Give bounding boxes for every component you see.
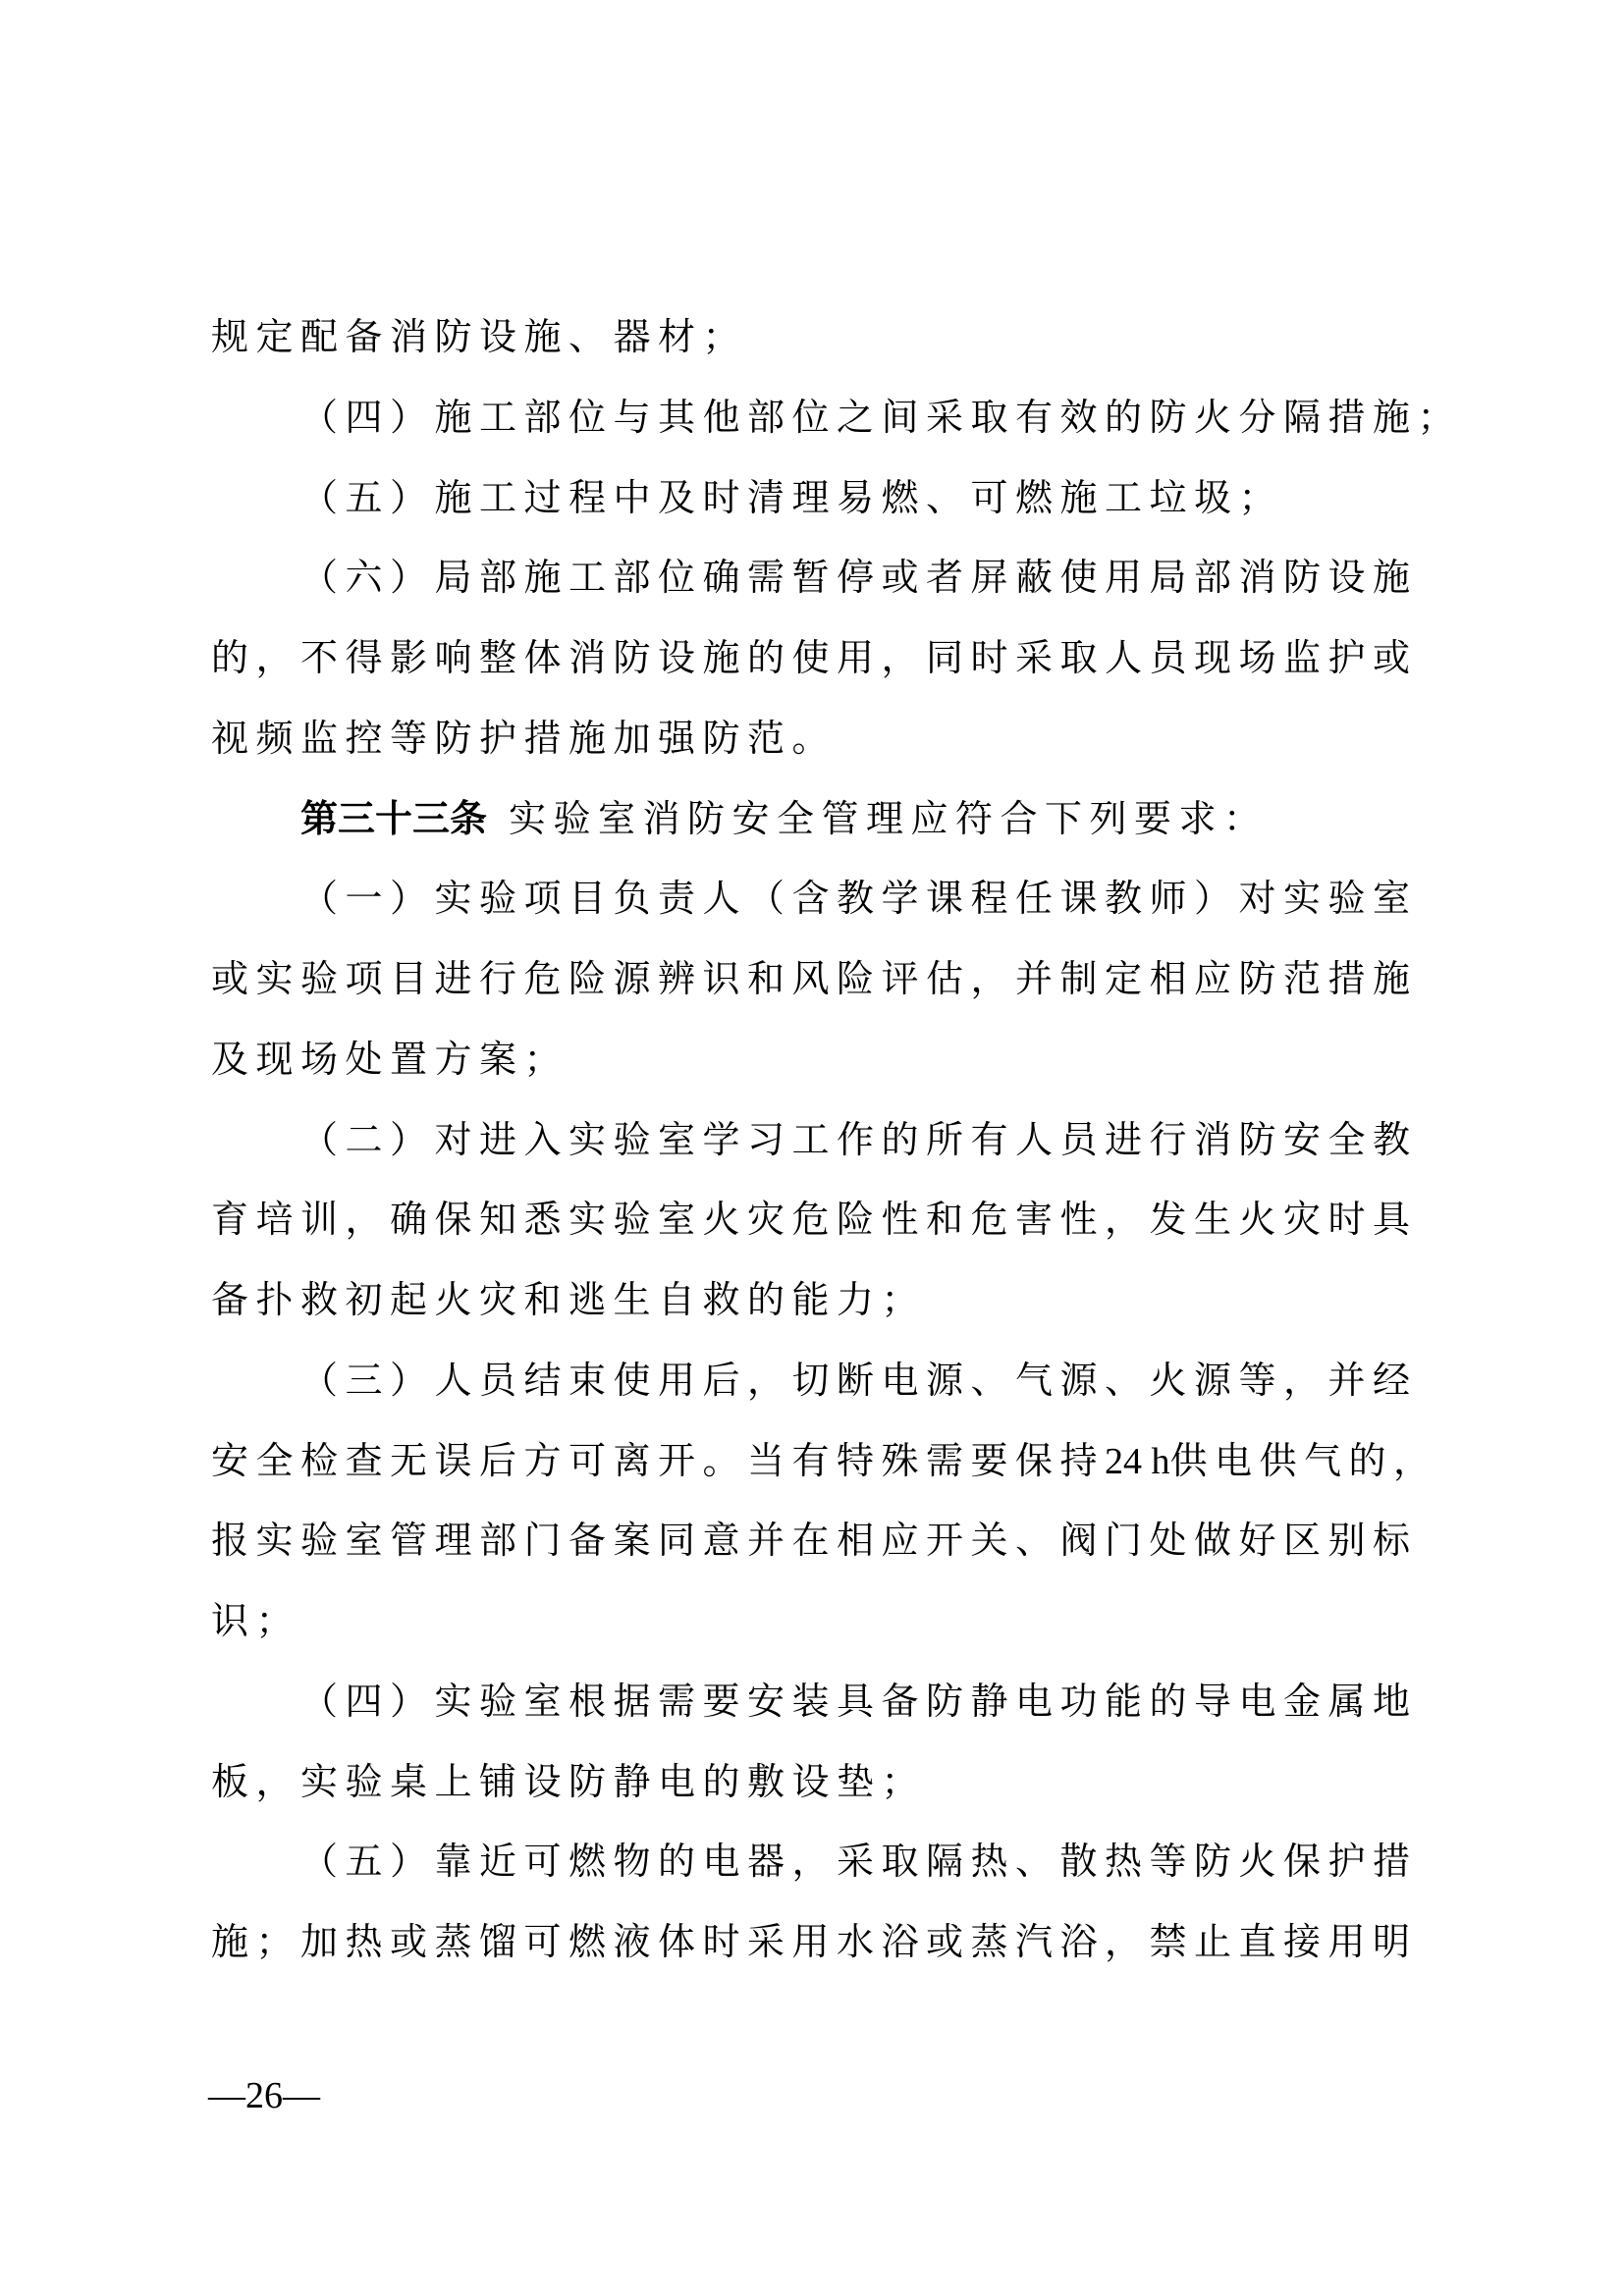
list-item-4b: （四）实验室根据需要安装具备防静电功能的导电金属地	[211, 1662, 1429, 1742]
text-line: 施；加热或蒸馏可燃液体时采用水浴或蒸汽浴，禁止直接用明	[211, 1902, 1429, 1983]
list-item-2: （二）对进入实验室学习工作的所有人员进行消防安全教	[211, 1100, 1429, 1181]
text-line: 的，不得影响整体消防设施的使用，同时采取人员现场监护或	[211, 618, 1429, 699]
article-intro: 实验室消防安全管理应符合下列要求：	[509, 797, 1269, 840]
list-item-3: （三）人员结束使用后，切断电源、气源、火源等，并经	[211, 1341, 1429, 1421]
text-line: 育培训，确保知悉实验室火灾危险性和危害性，发生火灾时具	[211, 1180, 1429, 1260]
hours-value: 24 h	[1105, 1441, 1170, 1482]
document-body: 规定配备消防设施、器材； （四）施工部位与其他部位之间采取有效的防火分隔措施； …	[211, 297, 1429, 1983]
text-line: 识；	[211, 1581, 1429, 1662]
text-segment: 安全检查无误后方可离开。当有特殊需要保持	[211, 1439, 1105, 1482]
document-page: 规定配备消防设施、器材； （四）施工部位与其他部位之间采取有效的防火分隔措施； …	[0, 0, 1624, 2296]
list-item-5b: （五）靠近可燃物的电器，采取隔热、散热等防火保护措	[211, 1822, 1429, 1902]
page-number: —26—	[208, 2073, 320, 2118]
article-heading: 第三十三条	[300, 797, 487, 840]
text-line: 及现场处置方案；	[211, 1020, 1429, 1100]
list-item-1: （一）实验项目负责人（含教学课程任课教师）对实验室	[211, 859, 1429, 939]
text-segment: 供电供气的，	[1170, 1439, 1438, 1482]
text-line: 板，实验桌上铺设防静电的敷设垫；	[211, 1742, 1429, 1823]
list-item-4: （四）施工部位与其他部位之间采取有效的防火分隔措施；	[211, 378, 1429, 458]
text-line-24h: 安全检查无误后方可离开。当有特殊需要保持24 h供电供气的，	[211, 1421, 1429, 1502]
article-33-heading-line: 第三十三条实验室消防安全管理应符合下列要求：	[211, 779, 1429, 860]
text-line: 或实验项目进行危险源辨识和风险评估，并制定相应防范措施	[211, 939, 1429, 1020]
text-line: 视频监控等防护措施加强防范。	[211, 699, 1429, 779]
text-line: 规定配备消防设施、器材；	[211, 297, 1429, 378]
text-line: 备扑救初起火灾和逃生自救的能力；	[211, 1260, 1429, 1341]
list-item-6: （六）局部施工部位确需暂停或者屏蔽使用局部消防设施	[211, 538, 1429, 618]
list-item-5: （五）施工过程中及时清理易燃、可燃施工垃圾；	[211, 458, 1429, 539]
text-line: 报实验室管理部门备案同意并在相应开关、阀门处做好区别标	[211, 1501, 1429, 1581]
